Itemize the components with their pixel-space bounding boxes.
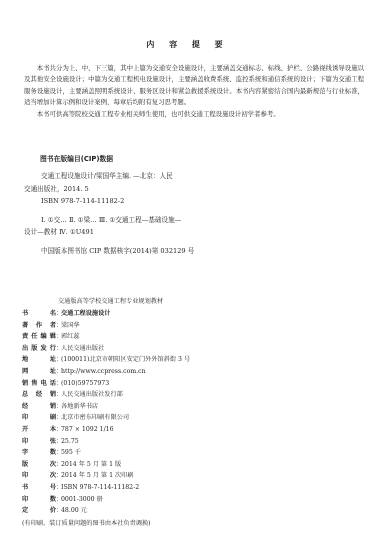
imprint-row: 印数：0001-3000 册 xyxy=(22,494,362,506)
abstract-paragraph: 本书可供高等院校交通工程专业相关师生使用，也可供交通工程设施设计初学者参考。 xyxy=(24,109,364,120)
imprint-label: 责任编辑 xyxy=(22,331,56,343)
imprint-label: 出版发行 xyxy=(22,343,56,355)
imprint-row: 地址：(100011)北京市朝阳区安定门外外馆斜街 3 号 xyxy=(22,354,362,366)
series-name: 交通版高等学校交通工程专业规划教材 xyxy=(22,296,362,308)
cip-isbn: ISBN 978-7-114-11182-2 xyxy=(24,195,364,208)
imprint-value: (010)59757973 xyxy=(61,378,362,390)
imprint-value: 各地新华书店 xyxy=(61,401,362,413)
imprint-row: 销售电话：(010)59757973 xyxy=(22,378,362,390)
imprint-row: 经销：各地新华书店 xyxy=(22,401,362,413)
imprint-value: (100011)北京市朝阳区安定门外外馆斜街 3 号 xyxy=(61,354,362,366)
imprint-rows: 书名：交通工程设施设计著作者：梁国华责任编辑：郭红蕊出版发行：人民交通出版社地址… xyxy=(22,308,362,517)
imprint-label: 经销 xyxy=(22,401,56,413)
imprint-block: 交通版高等学校交通工程专业规划教材 书名：交通工程设施设计著作者：梁国华责任编辑… xyxy=(22,296,362,530)
imprint-label: 著作者 xyxy=(22,320,56,332)
imprint-value: 梁国华 xyxy=(61,320,362,332)
abstract-paragraph: 本书共分为上、中、下三篇，其中上篇为交通安全设施设计，主要涵盖交通标志、标线、护… xyxy=(24,63,364,109)
imprint-label: 字数 xyxy=(22,447,56,459)
imprint-row: 印张：25.75 xyxy=(22,436,362,448)
cip-classification: Ⅰ. ①交… Ⅱ. ①梁… Ⅲ. ①交通工程—基础设施— xyxy=(24,214,364,227)
copyright-page: 内 容 提 要 本书共分为上、中、下三篇，其中上篇为交通安全设施设计，主要涵盖交… xyxy=(0,0,375,548)
imprint-footnote: (有印刷、装订质量问题的图书由本社负责调换) xyxy=(22,518,362,530)
cip-line: 交通工程设施设计/梁国华主编. —北京：人民 xyxy=(24,170,364,183)
imprint-label: 总经销 xyxy=(22,389,56,401)
imprint-row: 总经销：人民交通出版社发行部 xyxy=(22,389,362,401)
imprint-label: 印张 xyxy=(22,436,56,448)
imprint-value: 595 千 xyxy=(61,447,362,459)
cip-classification: 设计—教材 Ⅳ. ①U491 xyxy=(24,226,364,239)
imprint-row: 书号：ISBN 978-7-114-11182-2 xyxy=(22,482,362,494)
abstract-title: 内 容 提 要 xyxy=(0,39,375,50)
imprint-value: 人民交通出版社发行部 xyxy=(61,389,362,401)
imprint-value: 0001-3000 册 xyxy=(61,494,362,506)
imprint-value: 人民交通出版社 xyxy=(61,343,362,355)
imprint-label: 书号 xyxy=(22,482,56,494)
imprint-value: 郭红蕊 xyxy=(61,331,362,343)
imprint-label: 印刷 xyxy=(22,412,56,424)
imprint-value: 2014 年 5 月 第 1 版 xyxy=(61,459,362,471)
imprint-row: 责任编辑：郭红蕊 xyxy=(22,331,362,343)
imprint-value: 25.75 xyxy=(61,436,362,448)
imprint-label: 版次 xyxy=(22,459,56,471)
cip-data-block: 图书在版编目(CIP)数据 交通工程设施设计/梁国华主编. —北京：人民 交通出… xyxy=(24,153,364,257)
imprint-value: 北京市密东印刷有限公司 xyxy=(61,412,362,424)
imprint-label: 书名 xyxy=(22,308,56,320)
imprint-row: 出版发行：人民交通出版社 xyxy=(22,343,362,355)
imprint-row: 开本：787 × 1092 1/16 xyxy=(22,424,362,436)
imprint-value: 787 × 1092 1/16 xyxy=(61,424,362,436)
imprint-label: 印次 xyxy=(22,470,56,482)
imprint-label: 销售电话 xyxy=(22,378,56,390)
imprint-value: 交通工程设施设计 xyxy=(61,308,362,320)
imprint-value: 2014 年 5 月 第 1 次印刷 xyxy=(61,470,362,482)
imprint-row: 著作者：梁国华 xyxy=(22,320,362,332)
abstract-body: 本书共分为上、中、下三篇，其中上篇为交通安全设施设计，主要涵盖交通标志、标线、护… xyxy=(24,63,364,120)
cip-heading: 图书在版编目(CIP)数据 xyxy=(40,153,364,163)
imprint-label: 开本 xyxy=(22,424,56,436)
imprint-row: 书名：交通工程设施设计 xyxy=(22,308,362,320)
cip-record-number: 中国版本图书馆 CIP 数据核字(2014)第 032129 号 xyxy=(24,245,364,258)
imprint-label: 网址 xyxy=(22,366,56,378)
imprint-label: 印数 xyxy=(22,494,56,506)
imprint-row: 字数：595 千 xyxy=(22,447,362,459)
imprint-value: ISBN 978-7-114-11182-2 xyxy=(61,482,362,494)
imprint-value: http://www.ccpress.com.cn xyxy=(61,366,362,378)
imprint-label: 地址 xyxy=(22,354,56,366)
imprint-row: 网址：http://www.ccpress.com.cn xyxy=(22,366,362,378)
imprint-row: 定价：48.00 元 xyxy=(22,505,362,517)
cip-line: 交通出版社，2014. 5 xyxy=(24,183,364,196)
imprint-row: 印刷：北京市密东印刷有限公司 xyxy=(22,412,362,424)
imprint-row: 印次：2014 年 5 月 第 1 次印刷 xyxy=(22,470,362,482)
imprint-row: 版次：2014 年 5 月 第 1 版 xyxy=(22,459,362,471)
imprint-label: 定价 xyxy=(22,505,56,517)
imprint-value: 48.00 元 xyxy=(61,505,362,517)
